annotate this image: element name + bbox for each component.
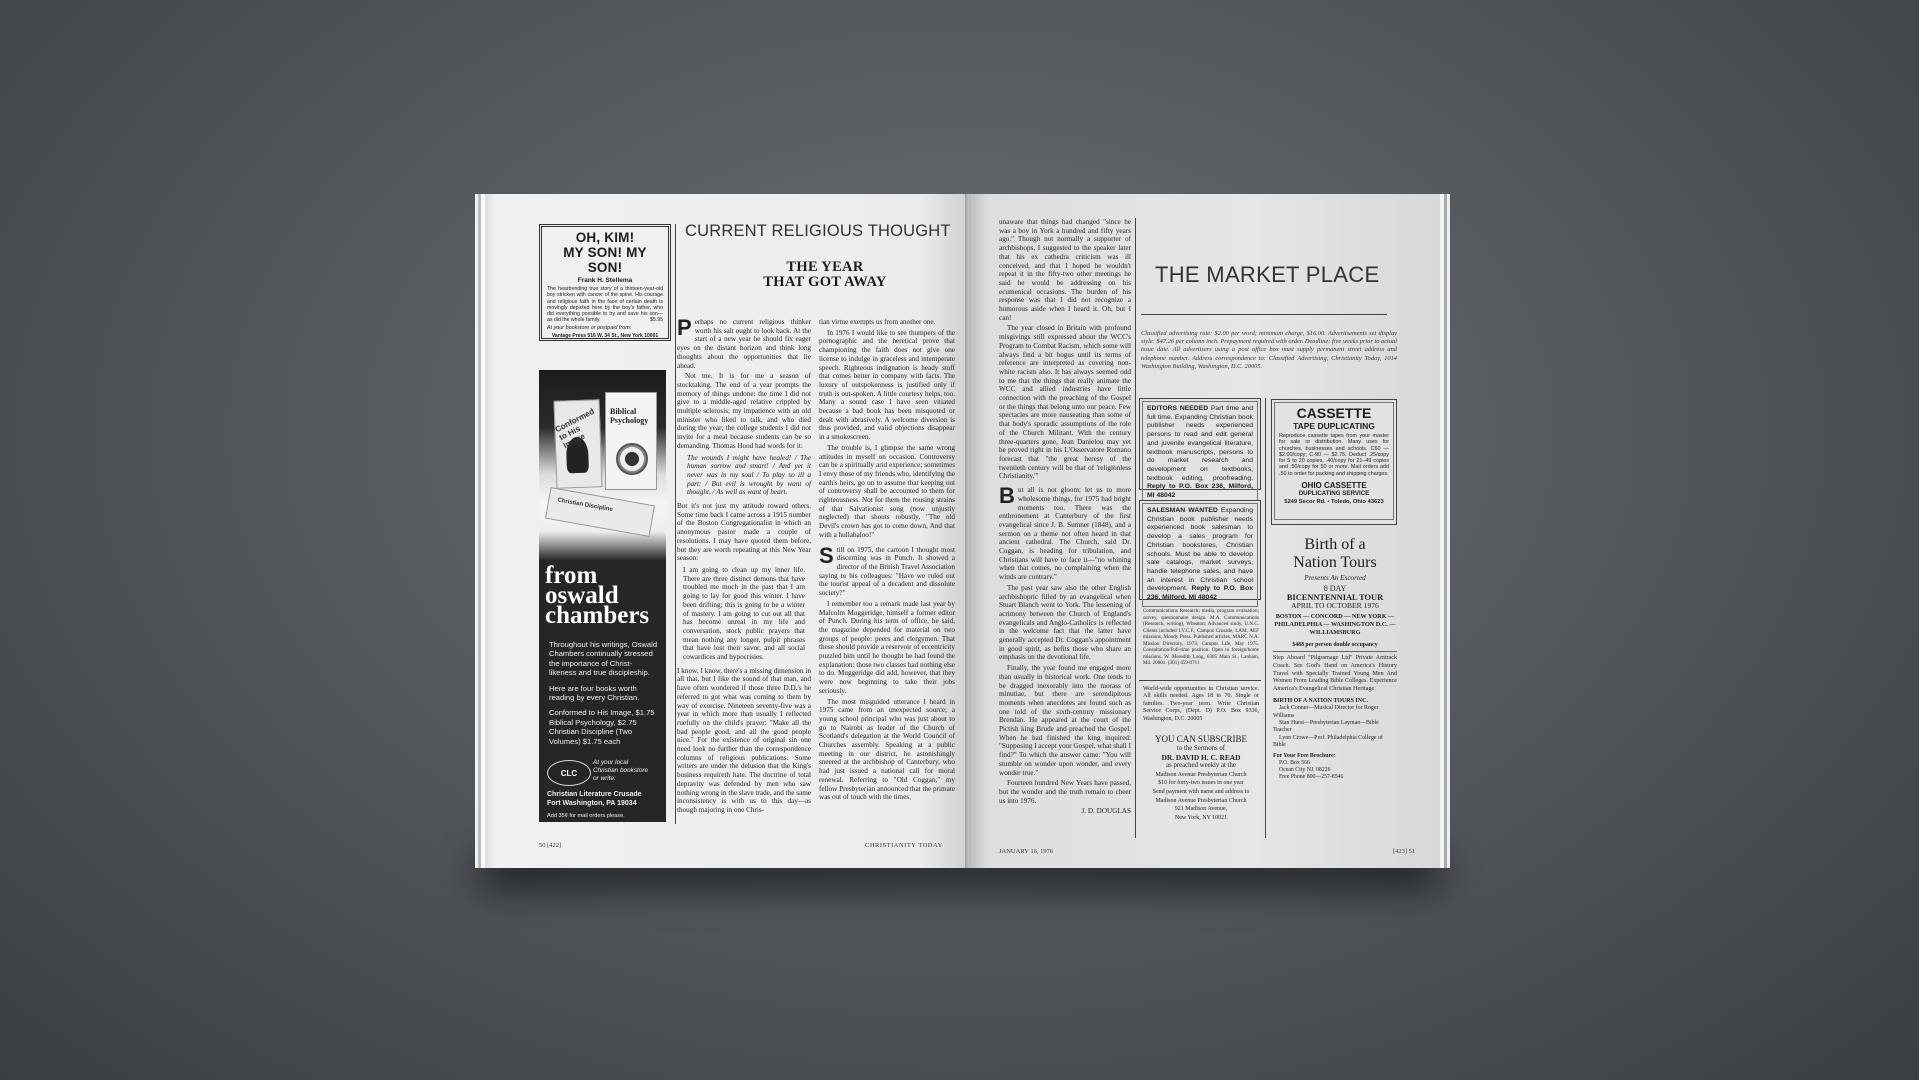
hood-poem: The wounds I might have healed! / The hu… xyxy=(687,454,811,498)
salesman-body: Expanding Christian book publisher needs… xyxy=(1147,507,1253,592)
local-line-3: or write: xyxy=(593,775,648,783)
col2-p3: The trouble is, I glimpse the same wrong… xyxy=(819,444,955,540)
oswald-para-1: Throughout his writings, Oswald Chambers… xyxy=(549,640,659,678)
world-wide-opportunities-ad: World-wide opportunities in Christian se… xyxy=(1143,686,1259,723)
subscribe-line-1: YOU CAN SUBSCRIBE xyxy=(1139,734,1263,745)
dropcap-p: P xyxy=(677,319,692,337)
kim-ad-author: Frank H. Stellema xyxy=(547,277,663,284)
oswald-item-1: Conformed to His Image, $1.75 xyxy=(549,708,659,717)
salesman-lead: SALESMAN WANTED xyxy=(1147,507,1218,514)
birth-of-a-nation-tours-ad: Birth of a Nation Tours Presents An Esco… xyxy=(1273,536,1397,782)
oswald-item-3: Christian Discipline (Two Volumes) $1.75… xyxy=(549,727,659,746)
cassette-body: Reproduce cassette tapes from your maste… xyxy=(1279,433,1389,477)
kim-ad-title-2: MY SON! MY SON! xyxy=(547,245,663,275)
subscribe-line-9: 921 Madison Avenue, xyxy=(1139,805,1263,814)
kim-ad-price: $5.95 xyxy=(650,317,663,323)
oswald-item-2: Biblical Psychology, $2.75 xyxy=(549,718,659,727)
subscribe-line-8: Madison Avenue Presbyterian Church xyxy=(1139,797,1263,806)
book-cover-biblical-psychology: Biblical Psychology xyxy=(605,392,657,490)
subscribe-line-10: New York, NY 10021 xyxy=(1139,814,1263,823)
page-number-left: 50 [422] xyxy=(539,842,561,849)
tour-price: $488 per person double occupancy xyxy=(1273,641,1397,652)
subscribe-sermons-ad: YOU CAN SUBSCRIBE to the Sermons of DR. … xyxy=(1139,734,1263,822)
oswald-chambers-ad: Conformed to His Image Biblical Psycholo… xyxy=(539,370,666,822)
dropcap-s: S xyxy=(819,547,834,565)
book-christian-discipline: Christian Discipline xyxy=(545,487,655,537)
col1-p2: Not me. It is for me a season of stockta… xyxy=(677,372,811,450)
clc-local: At your local Christian bookstore or wri… xyxy=(593,759,648,783)
col1-p4: I know, I know, there's a missing dimens… xyxy=(677,667,811,815)
kim-ad-body: The heartrending true story of a thirtee… xyxy=(547,286,663,323)
col1-p1: erhaps no current religious thinker wort… xyxy=(677,318,811,370)
ad-divider xyxy=(1139,680,1261,681)
cassette-company: OHIO CASSETTE xyxy=(1279,481,1389,490)
rcol-p1: unaware that things had changed "since h… xyxy=(999,218,1131,322)
article-title-line-2: THAT GOT AWAY xyxy=(685,275,965,290)
article-title-line-1: THE YEAR xyxy=(685,260,965,275)
article-continuation-column: unaware that things had changed "since h… xyxy=(999,218,1131,816)
tour-addr-2: Ocean City NJ. 08226 xyxy=(1273,767,1397,774)
tour-staff-3: Lynn Crowe—Prof. Philadelphia College of… xyxy=(1273,735,1397,750)
column-divider xyxy=(1135,218,1136,838)
dropcap-b: B xyxy=(999,487,1015,505)
article-column-1: Perhaps no current religious thinker wor… xyxy=(677,318,811,817)
spine-gutter xyxy=(965,194,973,868)
section-heading: CURRENT RELIGIOUS THOUGHT xyxy=(685,222,951,241)
oswald-ad-body: Throughout his writings, Oswald Chambers… xyxy=(549,640,659,746)
local-line-2: Christian bookstore xyxy=(593,767,648,775)
subscribe-line-3: DR. DAVID H. C. READ xyxy=(1139,754,1263,763)
rcol-p2: The year closed in Britain with profound… xyxy=(999,324,1131,481)
col2-p5: I remember too a remark made last year b… xyxy=(819,600,955,696)
subscribe-line-4: as preached weekly at the xyxy=(1139,762,1263,771)
editors-lead: EDITORS NEEDED xyxy=(1147,405,1208,412)
col2-p6: The most misguided utterance I heard in … xyxy=(819,698,955,802)
kim-ad-title-1: OH, KIM! xyxy=(547,230,663,245)
editors-body: Part time and full time. Expanding Chris… xyxy=(1147,405,1253,482)
tour-presents: Presents An Escorted xyxy=(1273,574,1397,582)
rcol-p5: Finally, the year found me engaged more … xyxy=(999,664,1131,777)
tour-phone: Free Phone 800—257-8546 xyxy=(1273,774,1397,781)
book-title-discipline: Christian Discipline xyxy=(557,497,613,513)
tour-brochure: For Your Free Brochure: xyxy=(1273,752,1397,760)
tour-dates: APRIL TO OCTOBER 1976 xyxy=(1273,602,1397,610)
clc-org: Christian Literature Crusade Fort Washin… xyxy=(547,790,642,808)
col2-p4: till on 1975, the cartoon I thought most… xyxy=(819,546,955,598)
issue-date: JANUARY 16, 1976 xyxy=(999,848,1053,855)
oswald-ad-headline: from oswald chambers xyxy=(545,566,649,626)
left-page: OH, KIM! MY SON! MY SON! Frank H. Stelle… xyxy=(481,194,969,868)
page-number-right: [423] 51 xyxy=(1393,848,1415,855)
subscribe-line-5: Madison Avenue Presbyterian Church xyxy=(1139,771,1263,780)
kim-ad-address: Vantage Press 516 W. 34 St., New York 10… xyxy=(547,333,663,339)
org-name: Christian Literature Crusade xyxy=(547,790,642,799)
article-column-2: tian virtue exempts us from another one.… xyxy=(819,318,955,804)
col1-p3: But it's not just my attitude toward oth… xyxy=(677,502,811,563)
book-title-psychology: Biblical Psychology xyxy=(610,407,656,425)
rcol-p6: Fourteen hundred New Years have passed, … xyxy=(999,779,1131,805)
tour-company: BIRTH OF A NATION TOURS INC. xyxy=(1273,697,1397,705)
tour-staff-2: Stan Hurst—Presbyterian Layman—Bible Tea… xyxy=(1273,720,1397,735)
target-icon xyxy=(616,443,648,475)
right-page: unaware that things had changed "since h… xyxy=(969,194,1444,868)
col2-p1: tian virtue exempts us from another one. xyxy=(819,318,955,327)
cassette-duplicating-ad: CASSETTE TAPE DUPLICATING Reproduce cass… xyxy=(1271,399,1397,525)
editors-needed-ad: EDITORS NEEDED Part time and full time. … xyxy=(1139,398,1261,490)
publication-name: CHRISTIANITY TODAY xyxy=(865,842,943,849)
article-title: THE YEAR THAT GOT AWAY xyxy=(685,260,965,290)
tour-title-2: Nation Tours xyxy=(1273,554,1397,572)
magazine-spread: OH, KIM! MY SON! MY SON! Frank H. Stelle… xyxy=(481,194,1444,868)
market-place-title: THE MARKET PLACE xyxy=(1155,262,1379,288)
kim-ad-where: At your bookstore or postpaid from: xyxy=(547,325,663,331)
cassette-title: CASSETTE xyxy=(1279,406,1389,421)
pastor-resolution-quote: I am going to clean up my inner life. Th… xyxy=(683,566,805,662)
tour-description: Step Aboard "Pilgramage Ltd" Private Amt… xyxy=(1273,655,1397,694)
editors-reply: Reply to P.O. Box 236, Milford, MI 48042 xyxy=(1147,483,1253,499)
cassette-subtitle: TAPE DUPLICATING xyxy=(1279,421,1389,431)
byline: J. D. DOUGLAS xyxy=(999,807,1131,816)
tour-title-1: Birth of a xyxy=(1273,536,1397,554)
col2-p2: In 1976 I would like to see thumpers of … xyxy=(819,329,955,442)
classified-rates-note: Classified advertising rate: $2.00 per w… xyxy=(1141,330,1397,371)
rcol-p4: The past year saw also the other English… xyxy=(999,584,1131,662)
column-divider xyxy=(675,224,676,824)
book-cover-conformed: Conformed to His Image xyxy=(553,399,602,489)
org-address: Fort Washington, PA 19034 xyxy=(547,799,642,808)
title-rule xyxy=(1141,314,1387,315)
tour-staff-1: Jack Conner—Musical Director for Roger W… xyxy=(1273,705,1397,720)
subscribe-line-6: $10 for forty-two issues in one year xyxy=(1139,779,1263,788)
salesman-wanted-ad: SALESMAN WANTED Expanding Christian book… xyxy=(1139,500,1261,600)
column-divider xyxy=(1265,398,1266,838)
book-ad-oh-kim: OH, KIM! MY SON! MY SON! Frank H. Stelle… xyxy=(539,224,671,341)
tour-addr-1: P.O. Box 566 xyxy=(1273,760,1397,767)
cassette-address: 5249 Secor Rd. • Toledo, Ohio 43623 xyxy=(1279,498,1389,506)
book-stack-image: Conformed to His Image Biblical Psycholo… xyxy=(539,370,666,560)
subscribe-line-7: Send payment with name and address to xyxy=(1139,788,1263,797)
oswald-para-2: Here are four books worth reading by eve… xyxy=(549,684,659,703)
cassette-company-2: DUPLICATING SERVICE xyxy=(1279,490,1389,498)
communications-research-ad: Communications Research; media, program … xyxy=(1143,608,1259,667)
clc-logo-icon: CLC xyxy=(547,760,591,786)
tour-route: BOSTON — CONCORD — NEW YORK — PHILADELPH… xyxy=(1273,613,1397,638)
clc-note: Add 35¢ for mail orders please. xyxy=(547,813,625,819)
rcol-p3: ut all is not gloom; let us to more whol… xyxy=(999,486,1131,581)
headline-chambers: chambers xyxy=(545,606,649,626)
local-line-1: At your local xyxy=(593,759,648,767)
